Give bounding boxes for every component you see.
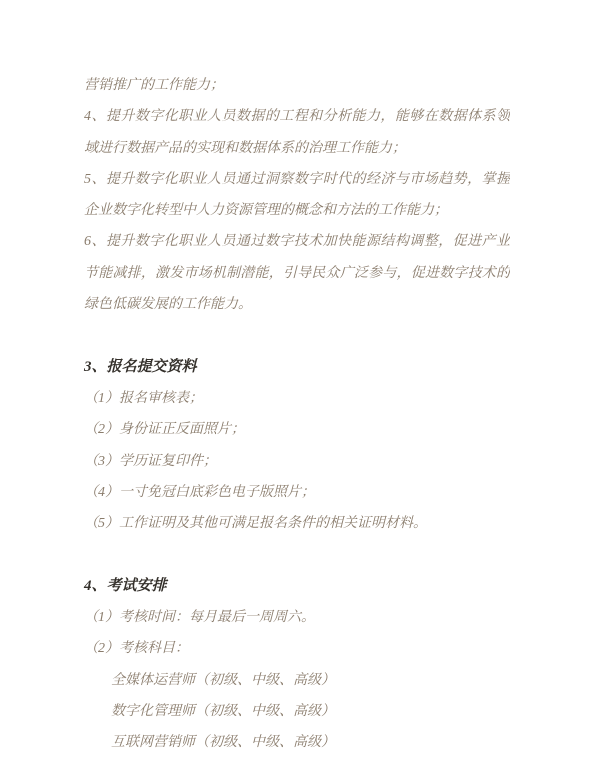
exam-subject: 全媒体运营师（初级、中级、高级） <box>84 665 510 696</box>
document-page: 营销推广的工作能力； 4、提升数字化职业人员数据的工程和分析能力，能够在数据体系… <box>0 0 595 776</box>
blank-line <box>84 539 510 570</box>
materials-item: （1）报名审核表； <box>84 383 510 414</box>
section-heading-exam: 4、考试安排 <box>84 571 510 602</box>
materials-item: （2）身份证正反面照片； <box>84 414 510 445</box>
section-heading-materials: 3、报名提交资料 <box>84 352 510 383</box>
materials-item: （5）工作证明及其他可满足报名条件的相关证明材料。 <box>84 508 510 539</box>
blank-line <box>84 320 510 351</box>
paragraph-line: 绿色低碳发展的工作能力。 <box>84 289 510 320</box>
paragraph-line: 节能减排，激发市场机制潜能，引导民众广泛参与，促进数字技术的 <box>84 258 510 289</box>
exam-subject: 数字化管理师（初级、中级、高级） <box>84 696 510 727</box>
paragraph-line: 企业数字化转型中人力资源管理的概念和方法的工作能力； <box>84 195 510 226</box>
paragraph-line: 5、提升数字化职业人员通过洞察数字时代的经济与市场趋势，掌握 <box>84 164 510 195</box>
exam-item: （1）考核时间：每月最后一周周六。 <box>84 602 510 633</box>
materials-item: （4）一寸免冠白底彩色电子版照片； <box>84 477 510 508</box>
paragraph-line: 4、提升数字化职业人员数据的工程和分析能力，能够在数据体系领 <box>84 101 510 132</box>
paragraph-line: 营销推广的工作能力； <box>84 70 510 101</box>
exam-subject: 互联网营销师（初级、中级、高级） <box>84 727 510 758</box>
paragraph-line: 域进行数据产品的实现和数据体系的治理工作能力； <box>84 133 510 164</box>
exam-item: （2）考核科目： <box>84 633 510 664</box>
document-content: 营销推广的工作能力； 4、提升数字化职业人员数据的工程和分析能力，能够在数据体系… <box>84 70 510 759</box>
materials-item: （3）学历证复印件； <box>84 446 510 477</box>
paragraph-line: 6、提升数字化职业人员通过数字技术加快能源结构调整，促进产业 <box>84 226 510 257</box>
